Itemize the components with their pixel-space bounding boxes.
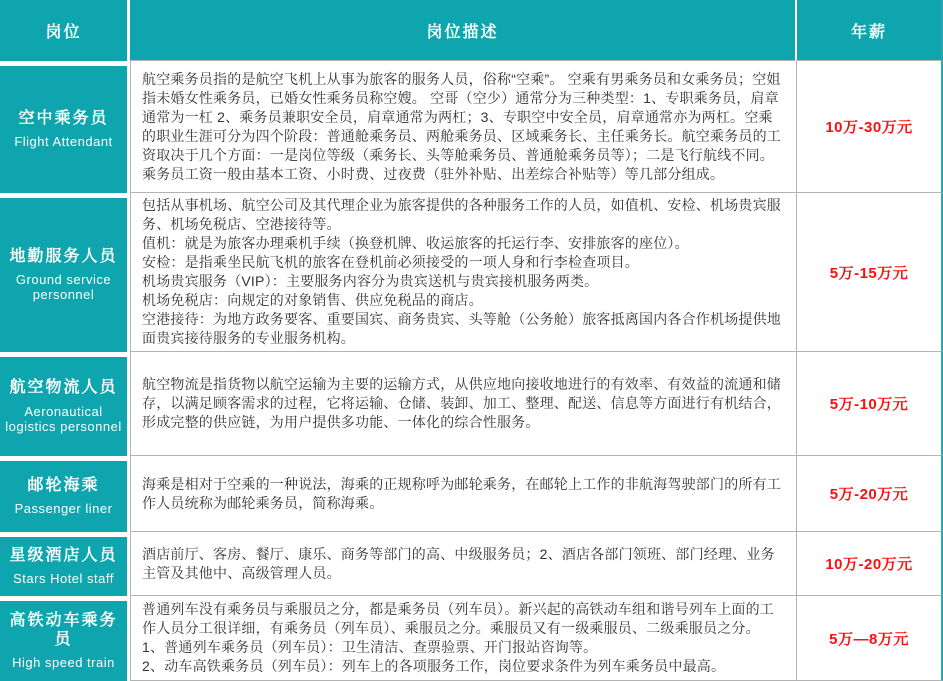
salary-cell: 5万-20万元 (797, 456, 943, 532)
description-cell: 海乘是相对于空乘的一种说法，海乘的正规称呼为邮轮乘务，在邮轮上工作的非航海驾驶部… (130, 456, 797, 532)
salary-cell: 10万-20万元 (797, 532, 943, 596)
position-name-en: Aeronautical logistics personnel (2, 405, 125, 435)
position-cell-flight-attendant: 空中乘务员 Flight Attendant (0, 61, 130, 193)
salary-cell: 10万-30万元 (797, 61, 943, 193)
position-name-zh: 星级酒店人员 (9, 546, 117, 565)
description-text: 海乘是相对于空乘的一种说法，海乘的正规称呼为邮轮乘务，在邮轮上工作的非航海驾驶部… (142, 475, 786, 513)
position-cell-cruise-crew: 邮轮海乘 Passenger liner (0, 456, 130, 532)
position-cell-aviation-logistics: 航空物流人员 Aeronautical logistics personnel (0, 352, 130, 456)
salary-cell: 5万-10万元 (797, 352, 943, 456)
salary-cell: 5万—8万元 (797, 596, 943, 681)
position-cell-high-speed-train: 高铁动车乘务员 High speed train (0, 596, 130, 681)
position-cell-ground-service: 地勤服务人员 Ground service personnel (0, 193, 130, 352)
job-salary-table: 岗位 岗位描述 年薪 空中乘务员 Flight Attendant 航空乘务员指… (0, 0, 943, 681)
description-text: 航空乘务员指的是航空飞机上从事为旅客的服务人员，俗称“空乘”。 空乘有男乘务员和… (142, 70, 786, 184)
description-text: 航空物流是指货物以航空运输为主要的运输方式，从供应地向接收地进行的有效率、有效益… (142, 375, 786, 432)
position-name-zh: 航空物流人员 (9, 378, 117, 397)
description-cell: 普通列车没有乘务员与乘服员之分，都是乘务员（列车员）。新兴起的高铁动车组和谐号列… (130, 596, 797, 681)
position-name-zh: 邮轮海乘 (27, 476, 99, 495)
salary-cell: 5万-15万元 (797, 193, 943, 352)
position-name-en: Ground service personnel (2, 273, 125, 303)
position-name-en: Flight Attendant (14, 135, 112, 150)
description-cell: 酒店前厅、客房、餐厅、康乐、商务等部门的高、中级服务员；2、酒店各部门领班、部门… (130, 532, 797, 596)
header-description: 岗位描述 (130, 0, 797, 61)
description-text: 酒店前厅、客房、餐厅、康乐、商务等部门的高、中级服务员；2、酒店各部门领班、部门… (142, 545, 786, 583)
description-text: 包括从事机场、航空公司及其代理企业为旅客提供的各种服务工作的人员，如值机、安检、… (142, 196, 786, 348)
description-cell: 航空物流是指货物以航空运输为主要的运输方式，从供应地向接收地进行的有效率、有效益… (130, 352, 797, 456)
header-salary: 年薪 (797, 0, 943, 61)
description-text: 普通列车没有乘务员与乘服员之分，都是乘务员（列车员）。新兴起的高铁动车组和谐号列… (142, 600, 786, 676)
description-cell: 航空乘务员指的是航空飞机上从事为旅客的服务人员，俗称“空乘”。 空乘有男乘务员和… (130, 61, 797, 193)
position-name-zh: 空中乘务员 (18, 109, 108, 128)
description-cell: 包括从事机场、航空公司及其代理企业为旅客提供的各种服务工作的人员，如值机、安检、… (130, 193, 797, 352)
position-cell-hotel-staff: 星级酒店人员 Stars Hotel staff (0, 532, 130, 596)
position-name-en: High speed train (12, 656, 115, 671)
position-name-zh: 地勤服务人员 (9, 247, 117, 266)
position-name-en: Stars Hotel staff (13, 572, 114, 587)
position-name-en: Passenger liner (15, 502, 113, 517)
position-name-zh: 高铁动车乘务员 (2, 611, 125, 649)
header-position: 岗位 (0, 0, 130, 61)
